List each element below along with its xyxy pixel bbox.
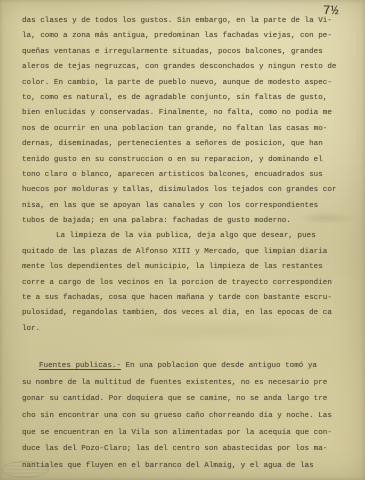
text-line: queñas ventanas e irregularmente situada… (22, 45, 349, 60)
text-line: bien enlucidas y conservadas. Finalmente… (22, 106, 349, 121)
text-line: tubos de bajada; en una palabra: fachada… (22, 214, 349, 229)
text-line: Fuentes publicas.- En una poblacion que … (22, 358, 349, 375)
text-line: La limpieza de la via publica, deja algo… (22, 229, 349, 244)
paragraph-fuentes-publicas: Fuentes publicas.- En una poblacion que … (22, 358, 349, 474)
document-body: das clases y de todos los gustos. Sin em… (22, 14, 349, 474)
text-line: das clases y de todos los gustos. Sin em… (22, 14, 349, 29)
heading-rest-text: En una poblacion que desde antiguo tomó … (121, 362, 317, 370)
text-line: mente los dependientes del municipio, la… (22, 260, 349, 275)
text-line: la, como a zona más antigua, predominan … (22, 29, 349, 44)
text-line: que se encuentran en la Vila son aliment… (22, 425, 349, 442)
text-line: color. En cambio, la parte de pueblo nue… (22, 76, 349, 91)
text-line: huecos por molduras y tallas, disimulado… (22, 183, 349, 198)
paragraph-limpieza: La limpieza de la via publica, deja algo… (22, 229, 349, 337)
section-heading: Fuentes publicas.- (39, 362, 121, 370)
text-line: duce las del Pozo-Claro; las del centro … (22, 441, 349, 458)
stamp-watermark (1, 461, 49, 478)
document-page: 7½ das clases y de todos los gustos. Sin… (0, 0, 365, 480)
text-line: te a sus fachadas, cosa que hacen mañana… (22, 291, 349, 306)
text-line: pulosidad, regandolas tambien, dos veces… (22, 306, 349, 321)
text-line: su nombre de la multitud de fuentes exis… (22, 375, 349, 392)
text-line: corre a cargo de los vecinos en la porci… (22, 276, 349, 291)
text-line: to, como es natural, es de agradable con… (22, 91, 349, 106)
text-line: lor. (22, 322, 349, 337)
text-line: tenido gusto en su construccion o en su … (22, 153, 349, 168)
text-line: aleros de tejas negruzcas, con grandes d… (22, 60, 349, 75)
text-line: gonar su cantidad. Por doquiera que se c… (22, 391, 349, 408)
text-line: nos de ocurrir en una poblacion tan gran… (22, 122, 349, 137)
text-line: dernas, diseminadas, pertenecientes a se… (22, 137, 349, 152)
text-line: tono claro o blanco, aparecen artisticos… (22, 168, 349, 183)
paragraph-fachadas: das clases y de todos los gustos. Sin em… (22, 14, 349, 229)
text-line: quitado de las plazas de Alfonso XIII y … (22, 245, 349, 260)
text-line: cho sin encontrar una con su grueso caño… (22, 408, 349, 425)
text-line: nisa, en las que se apoyan las canales y… (22, 199, 349, 214)
text-line: nantiales que fluyen en el barranco del … (22, 458, 349, 475)
